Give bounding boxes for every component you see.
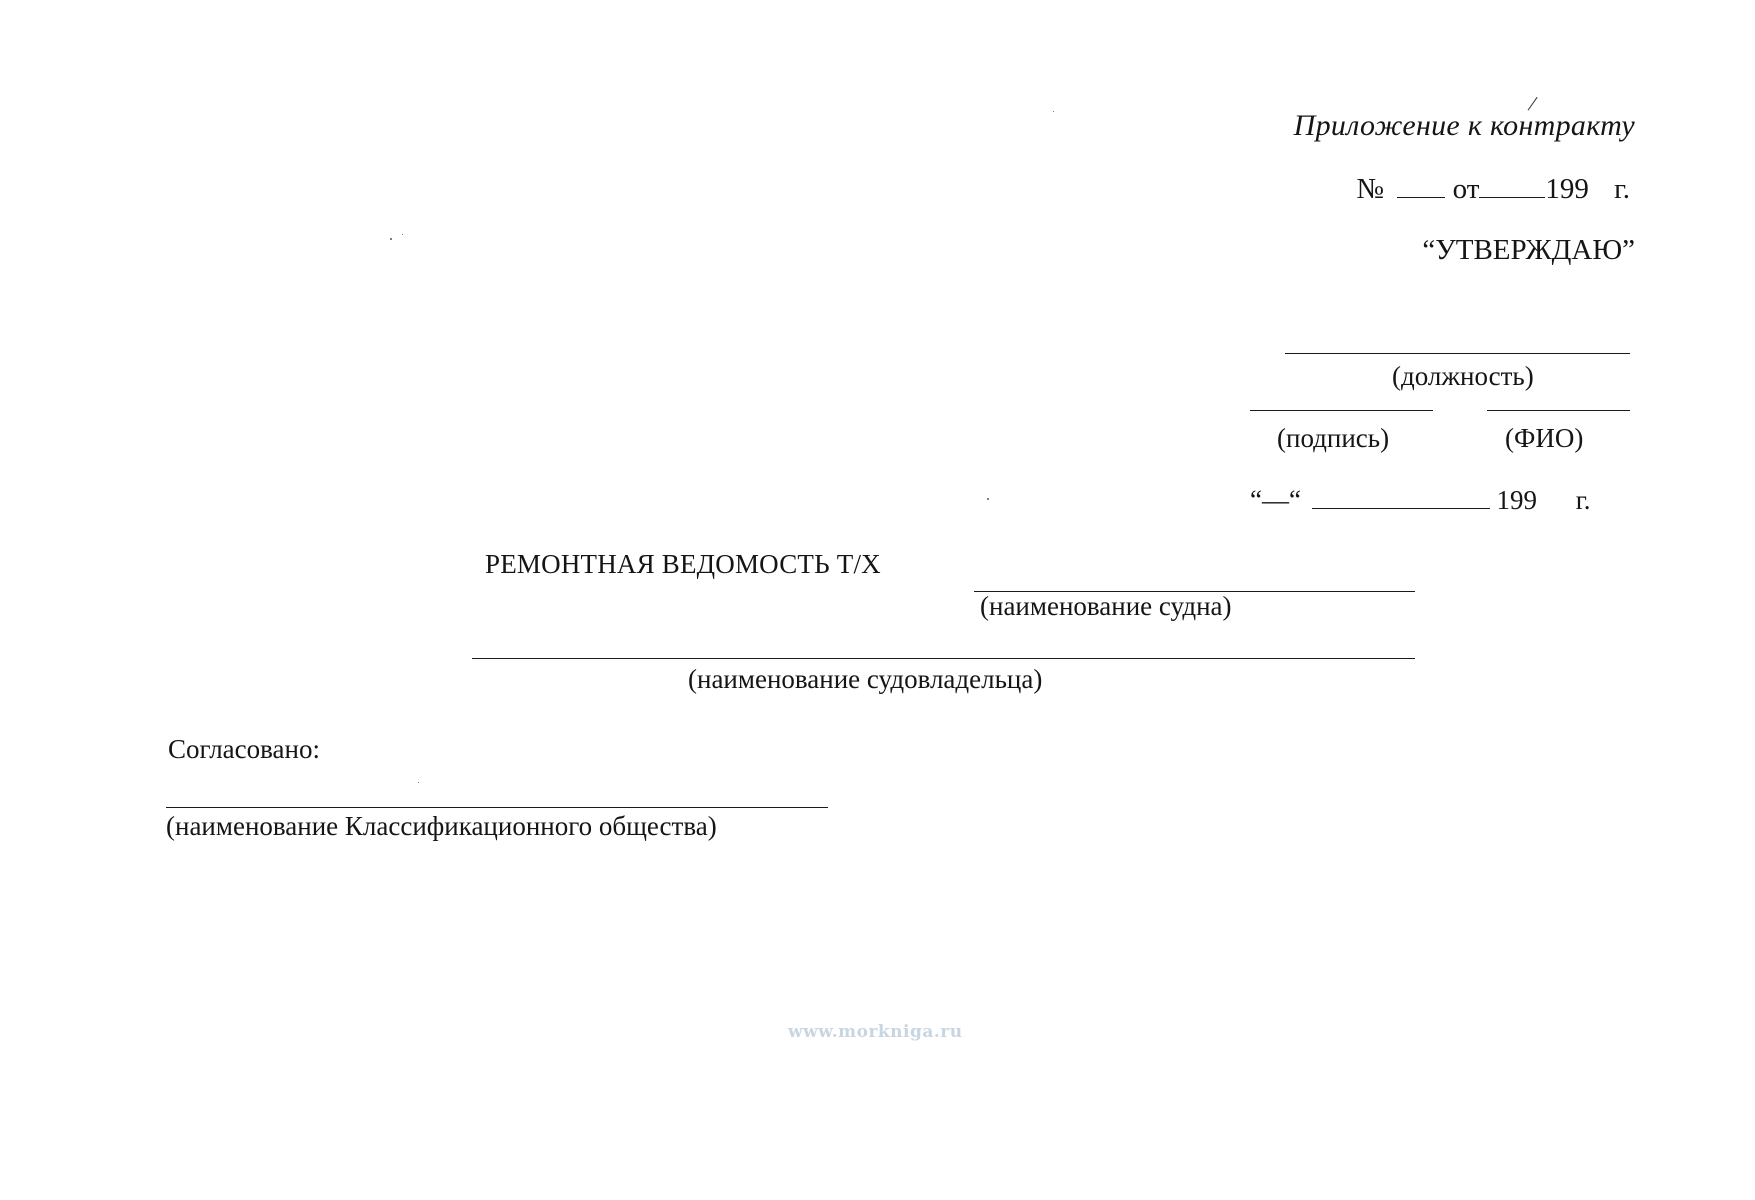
shipowner-field-line[interactable] (472, 658, 1415, 659)
scan-speck (1053, 111, 1054, 112)
shipowner-label: (наименование судовладельца) (688, 663, 1042, 695)
signature-field-line[interactable] (1250, 410, 1433, 411)
agreed-label: Согласовано: (168, 733, 320, 765)
scan-speck (402, 234, 403, 235)
class-society-label: (наименование Классификационного обществ… (166, 810, 717, 842)
scan-speck (987, 498, 989, 500)
position-field-line[interactable] (1285, 353, 1630, 354)
contract-date-blank[interactable] (1479, 175, 1545, 198)
fio-field-line[interactable] (1487, 410, 1630, 411)
appendix-heading: Приложение к контракту (1294, 108, 1635, 144)
date-day-field[interactable]: “—“ (1250, 485, 1301, 515)
approval-date-line: “—“ 199 г. (1250, 484, 1591, 516)
document-title: РЕМОНТНАЯ ВЕДОМОСТЬ Т/Х (485, 547, 881, 581)
fio-label: (ФИО) (1505, 422, 1583, 454)
watermark: www.morkniga.ru (788, 1022, 963, 1042)
contract-number-line: № от199 г. (1356, 172, 1630, 206)
class-society-field-line[interactable] (166, 807, 828, 808)
scan-speck (390, 238, 392, 240)
date-year: 199 (1496, 485, 1537, 515)
contract-year: 199 (1545, 173, 1589, 205)
number-sign: № (1356, 173, 1384, 205)
ship-name-label: (наименование судна) (980, 590, 1232, 622)
contract-year-suffix: г. (1614, 173, 1630, 205)
date-year-suffix: г. (1576, 485, 1591, 515)
contract-number-blank[interactable] (1397, 175, 1445, 198)
signature-label: (подпись) (1277, 422, 1389, 454)
scan-speck (418, 782, 419, 783)
approve-heading: “УТВЕРЖДАЮ” (1422, 233, 1635, 267)
contract-from-label: от (1453, 173, 1480, 205)
position-label: (должность) (1392, 360, 1534, 392)
date-month-blank[interactable] (1312, 494, 1490, 509)
